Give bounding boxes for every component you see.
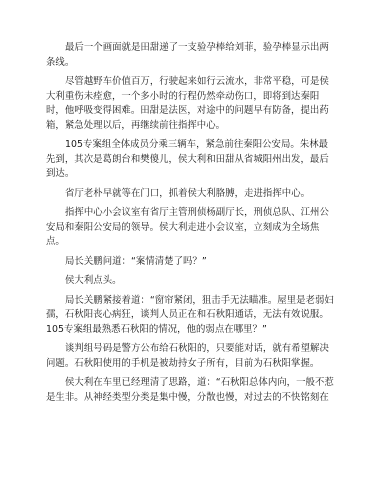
text-line: 是生非。从神经类型分类是集中慢，分散也慢，对过去的不快铭刻在 (46, 391, 328, 406)
text-line: 105专案组最熟悉石秋阳的情况，他的弱点在哪里？” (46, 323, 328, 338)
text-line: 大利重伤未痊愈，一个多小时的行程仍然牵动伤口，即将到达秦阳 (46, 90, 328, 105)
text-line: 尽管越野车价值百万，行驶起来如行云流水，非常平稳，可是侯 (46, 75, 328, 90)
text-line: 最后一个画面就是田甜递了一支验孕棒给刘菲，验孕棒显示出两 (46, 41, 328, 56)
text-line: 时，他呼吸变得困难。田甜是法医，对途中的问题早有防备，提出药 (46, 104, 328, 119)
paragraph: 谈判组号码是警方公布给石秋阳的，只要能对话，就有希望解决 问题。石秋阳使用的手机… (46, 342, 328, 371)
paragraph: 尽管越野车价值百万，行驶起来如行云流水，非常平稳，可是侯 大利重伤未痊愈，一个多… (46, 75, 328, 133)
text-line: 省厅老朴早就等在门口，抓着侯大利胳膊，走进指挥中心。 (46, 187, 328, 202)
paragraph: 局长关鹏问道：“案情清楚了吗？” (46, 255, 328, 270)
text-line: 侯大利点头。 (46, 274, 328, 289)
text-line: 问题。石秋阳使用的手机是被劫持女子所有，目前为石秋阳掌握。 (46, 357, 328, 372)
paragraph: 局长关鹏紧接着道：“窗帘紧闭，狙击手无法瞄准。屋里是老弱妇 孺，石秋阳丧心病狂，… (46, 294, 328, 338)
text-line: 箱，紧急处理以后，再继续前往指挥中心。 (46, 119, 328, 134)
text-line: 局长关鹏紧接着道：“窗帘紧闭，狙击手无法瞄准。屋里是老弱妇 (46, 294, 328, 309)
text-line: 条线。 (46, 56, 328, 71)
paragraph: 最后一个画面就是田甜递了一支验孕棒给刘菲，验孕棒显示出两 条线。 (46, 41, 328, 70)
paragraph: 省厅老朴早就等在门口，抓着侯大利胳膊，走进指挥中心。 (46, 187, 328, 202)
text-line: 先到，其次是葛朗台和樊傻儿，侯大利和田甜从省城阳州出发，最后 (46, 153, 328, 168)
text-line: 安局和秦阳公安局的领导。侯大利走进小会议室，立刻成为全场焦 (46, 221, 328, 236)
text-line: 谈判组号码是警方公布给石秋阳的，只要能对话，就有希望解决 (46, 342, 328, 357)
text-line: 105专案组全体成员分乘三辆车，紧急前往秦阳公安局。朱林最 (46, 138, 328, 153)
paragraph: 侯大利在车里已经理清了思路，道：“石秋阳总体内向，一般不惹 是生非。从神经类型分… (46, 376, 328, 405)
text-line: 侯大利在车里已经理清了思路，道：“石秋阳总体内向，一般不惹 (46, 376, 328, 391)
paragraph: 侯大利点头。 (46, 274, 328, 289)
paragraph: 105专案组全体成员分乘三辆车，紧急前往秦阳公安局。朱林最 先到，其次是葛朗台和… (46, 138, 328, 182)
paragraph: 指挥中心小会议室有省厅主管刑侦杨副厅长，刑侦总队、江州公 安局和秦阳公安局的领导… (46, 206, 328, 250)
text-line: 到达。 (46, 167, 328, 182)
text-line: 局长关鹏问道：“案情清楚了吗？” (46, 255, 328, 270)
text-line: 点。 (46, 235, 328, 250)
document-page: 最后一个画面就是田甜递了一支验孕棒给刘菲，验孕棒显示出两 条线。 尽管越野车价值… (46, 41, 328, 410)
text-line: 孺，石秋阳丧心病狂，谈判人员正在和石秋阳通话，无法有效说服。 (46, 308, 328, 323)
text-line: 指挥中心小会议室有省厅主管刑侦杨副厅长，刑侦总队、江州公 (46, 206, 328, 221)
